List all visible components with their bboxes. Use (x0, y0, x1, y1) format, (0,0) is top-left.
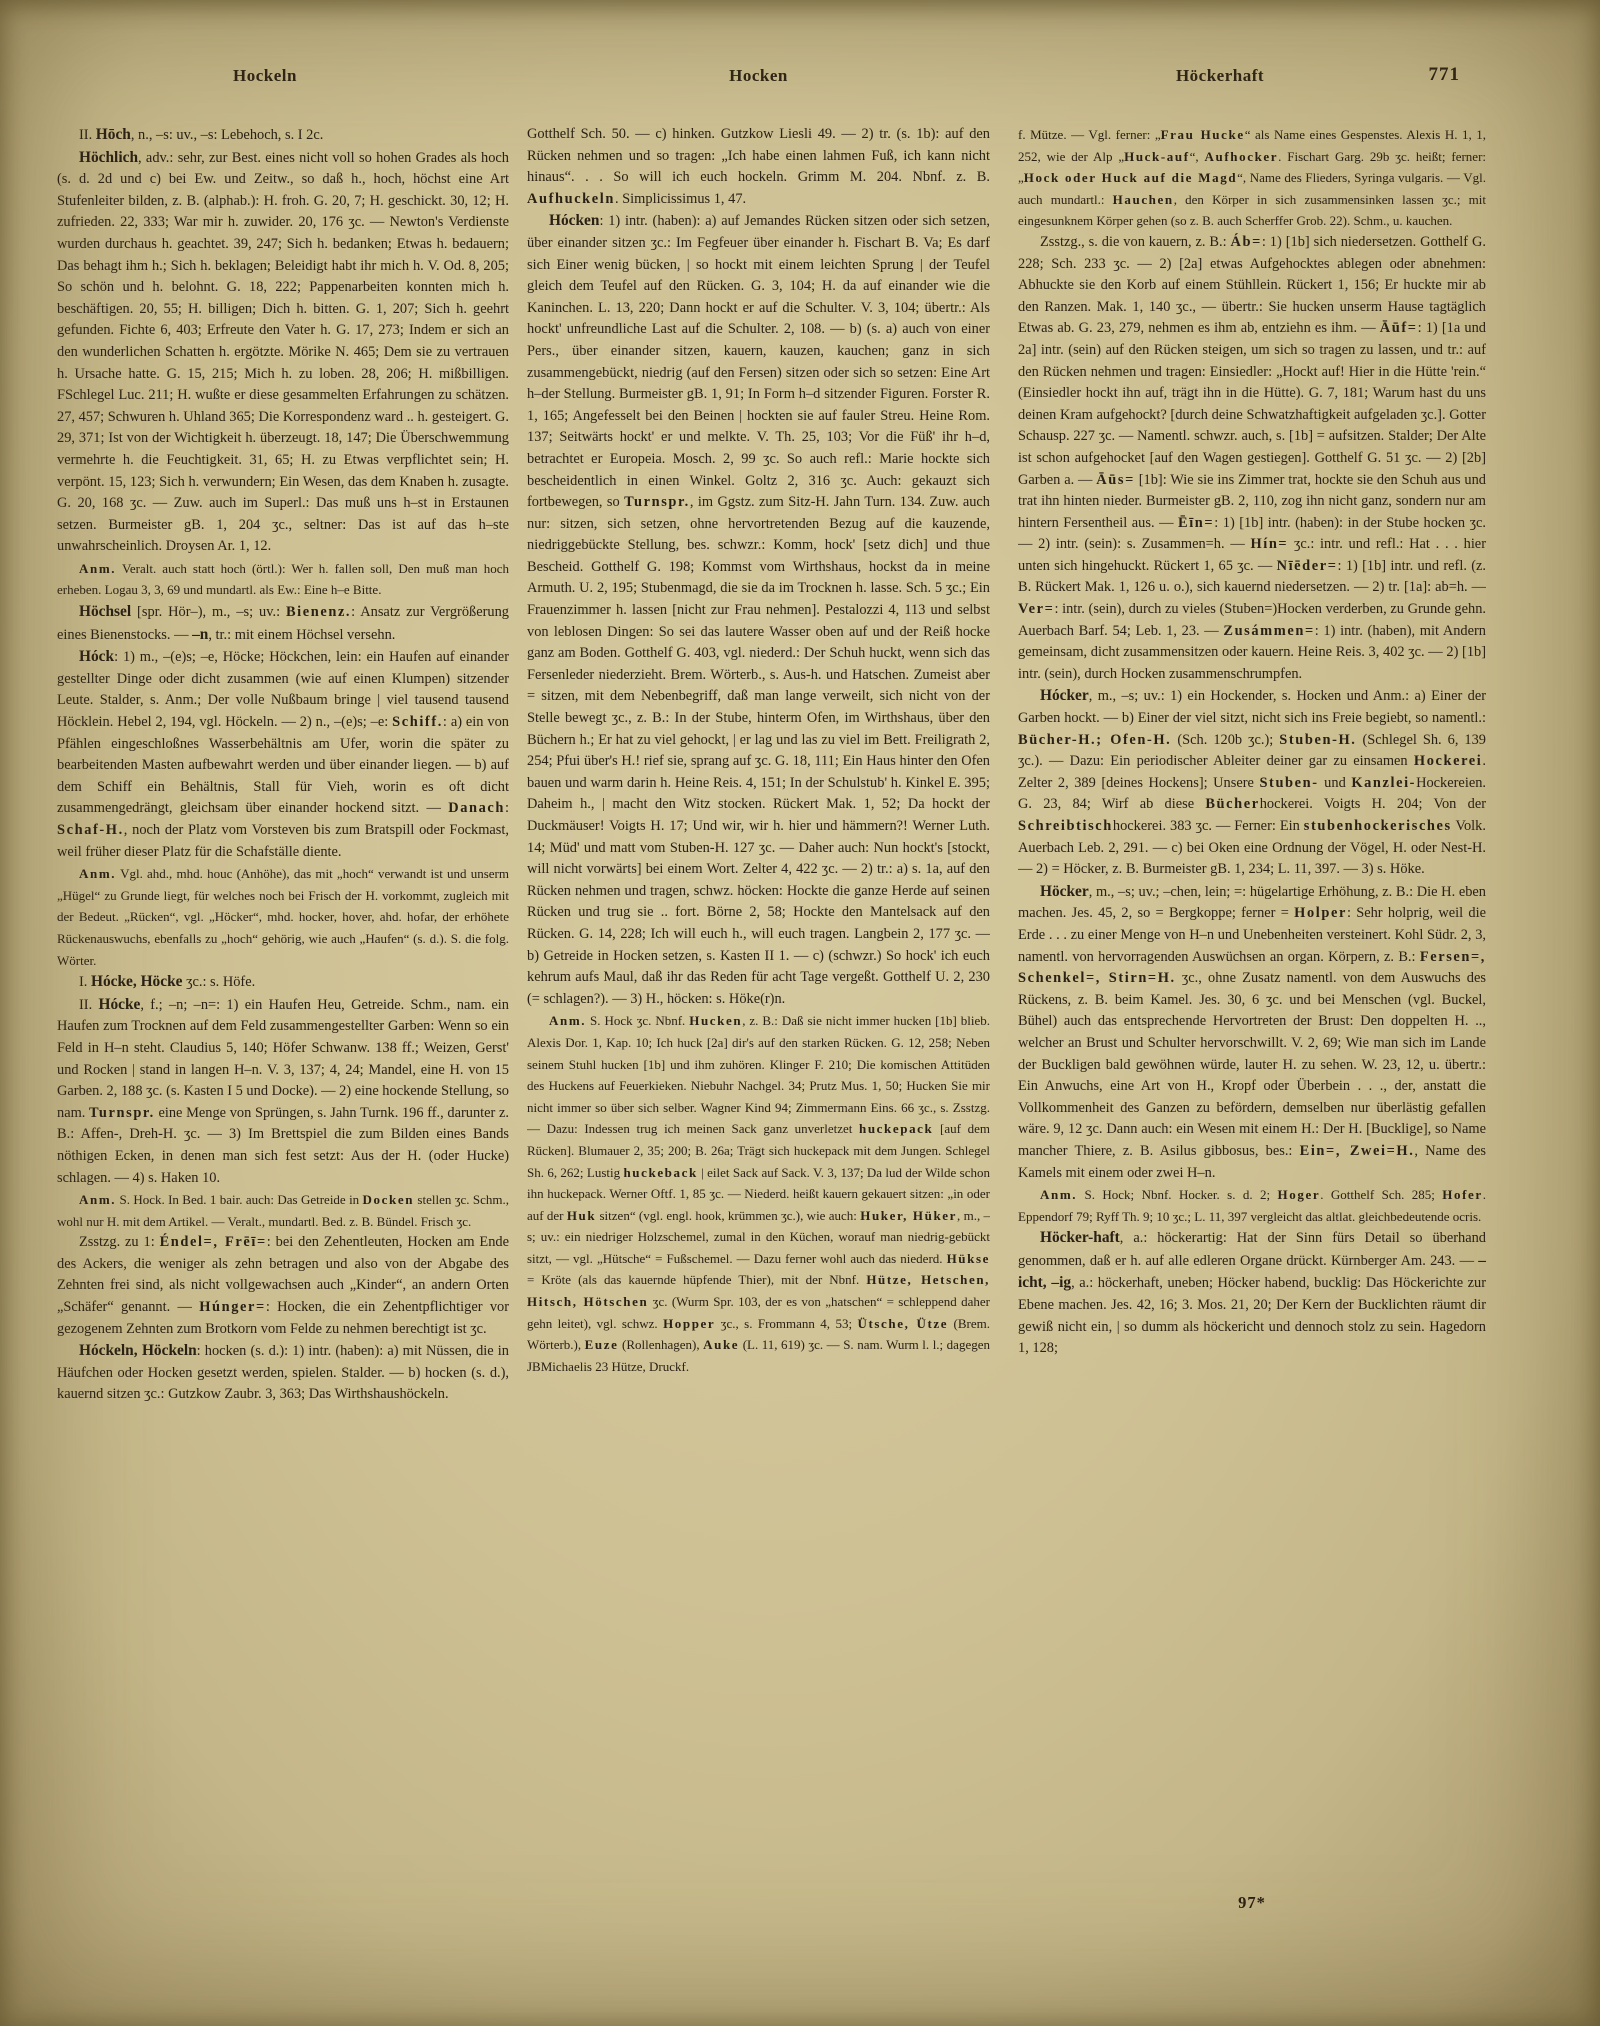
entry-paragraph: Gotthelf Sch. 50. — c) hinken. Gutzkow L… (527, 124, 990, 210)
text-column-3: f. Mütze. — Vgl. ferner: „Frau Hucke“ al… (1018, 124, 1486, 1360)
entry-paragraph: Zsstzg., s. die von kauern, z. B.: Áb=: … (1018, 232, 1486, 685)
text-column-2: Gotthelf Sch. 50. — c) hinken. Gutzkow L… (527, 124, 990, 1377)
running-head: Hockeln Hocken Höckerhaft 771 (0, 66, 1600, 94)
entry-paragraph: II. Hōch, n., –s: uv., –s: Lebehoch, s. … (57, 124, 509, 147)
entry-paragraph: Hóckeln, Höckeln: hocken (s. d.): 1) int… (57, 1340, 509, 1406)
entry-paragraph: Zsstzg. zu 1: Éndel=, Frēī=: bei den Zeh… (57, 1232, 509, 1340)
entry-paragraph: Höchsel [spr. Hör–), m., –s; uv.: Bienen… (57, 601, 509, 646)
text-column-1: II. Hōch, n., –s: uv., –s: Lebehoch, s. … (57, 124, 509, 1406)
entry-paragraph: Höcker-haft, a.: höckerartig: Hat der Si… (1018, 1227, 1486, 1360)
running-head-catchword-center: Hocken (527, 66, 990, 86)
running-head-catchword-left: Hockeln (40, 66, 490, 86)
signature-mark: 97* (1018, 1893, 1486, 1913)
entry-paragraph: Hócken: 1) intr. (haben): a) auf Jemande… (527, 210, 990, 1010)
annotation-paragraph: f. Mütze. — Vgl. ferner: „Frau Hucke“ al… (1018, 124, 1486, 232)
entry-paragraph: II. Hócke, f.; –n; –n=: 1) ein Haufen He… (57, 994, 509, 1189)
annotation-paragraph: Anm. S. Hock ʒc. Nbnf. Hucken, z. B.: Da… (527, 1010, 990, 1377)
annotation-paragraph: Anm. S. Hock. In Bed. 1 bair. auch: Das … (57, 1189, 509, 1232)
entry-paragraph: Höcker, m., –s; uv.; –chen, lein; =: hüg… (1018, 881, 1486, 1184)
annotation-paragraph: Anm. Vgl. ahd., mhd. houc (Anhöhe), das … (57, 863, 509, 971)
dictionary-page-scan: Hockeln Hocken Höckerhaft 771 II. Hōch, … (0, 0, 1600, 2026)
entry-paragraph: Höchlich, adv.: sehr, zur Best. eines ni… (57, 147, 509, 558)
entry-paragraph: I. Hócke, Höcke ʒc.: s. Höfe. (57, 971, 509, 994)
page-number: 771 (1260, 64, 1460, 86)
annotation-paragraph: Anm. S. Hock; Nbnf. Hocker. s. d. 2; Hog… (1018, 1184, 1486, 1227)
entry-paragraph: Hóck: 1) m., –(e)s; –e, Höcke; Höckchen,… (57, 646, 509, 863)
entry-paragraph: Hócker, m., –s; uv.: 1) ein Hockender, s… (1018, 685, 1486, 880)
annotation-paragraph: Anm. Veralt. auch statt hoch (örtl.): We… (57, 558, 509, 601)
